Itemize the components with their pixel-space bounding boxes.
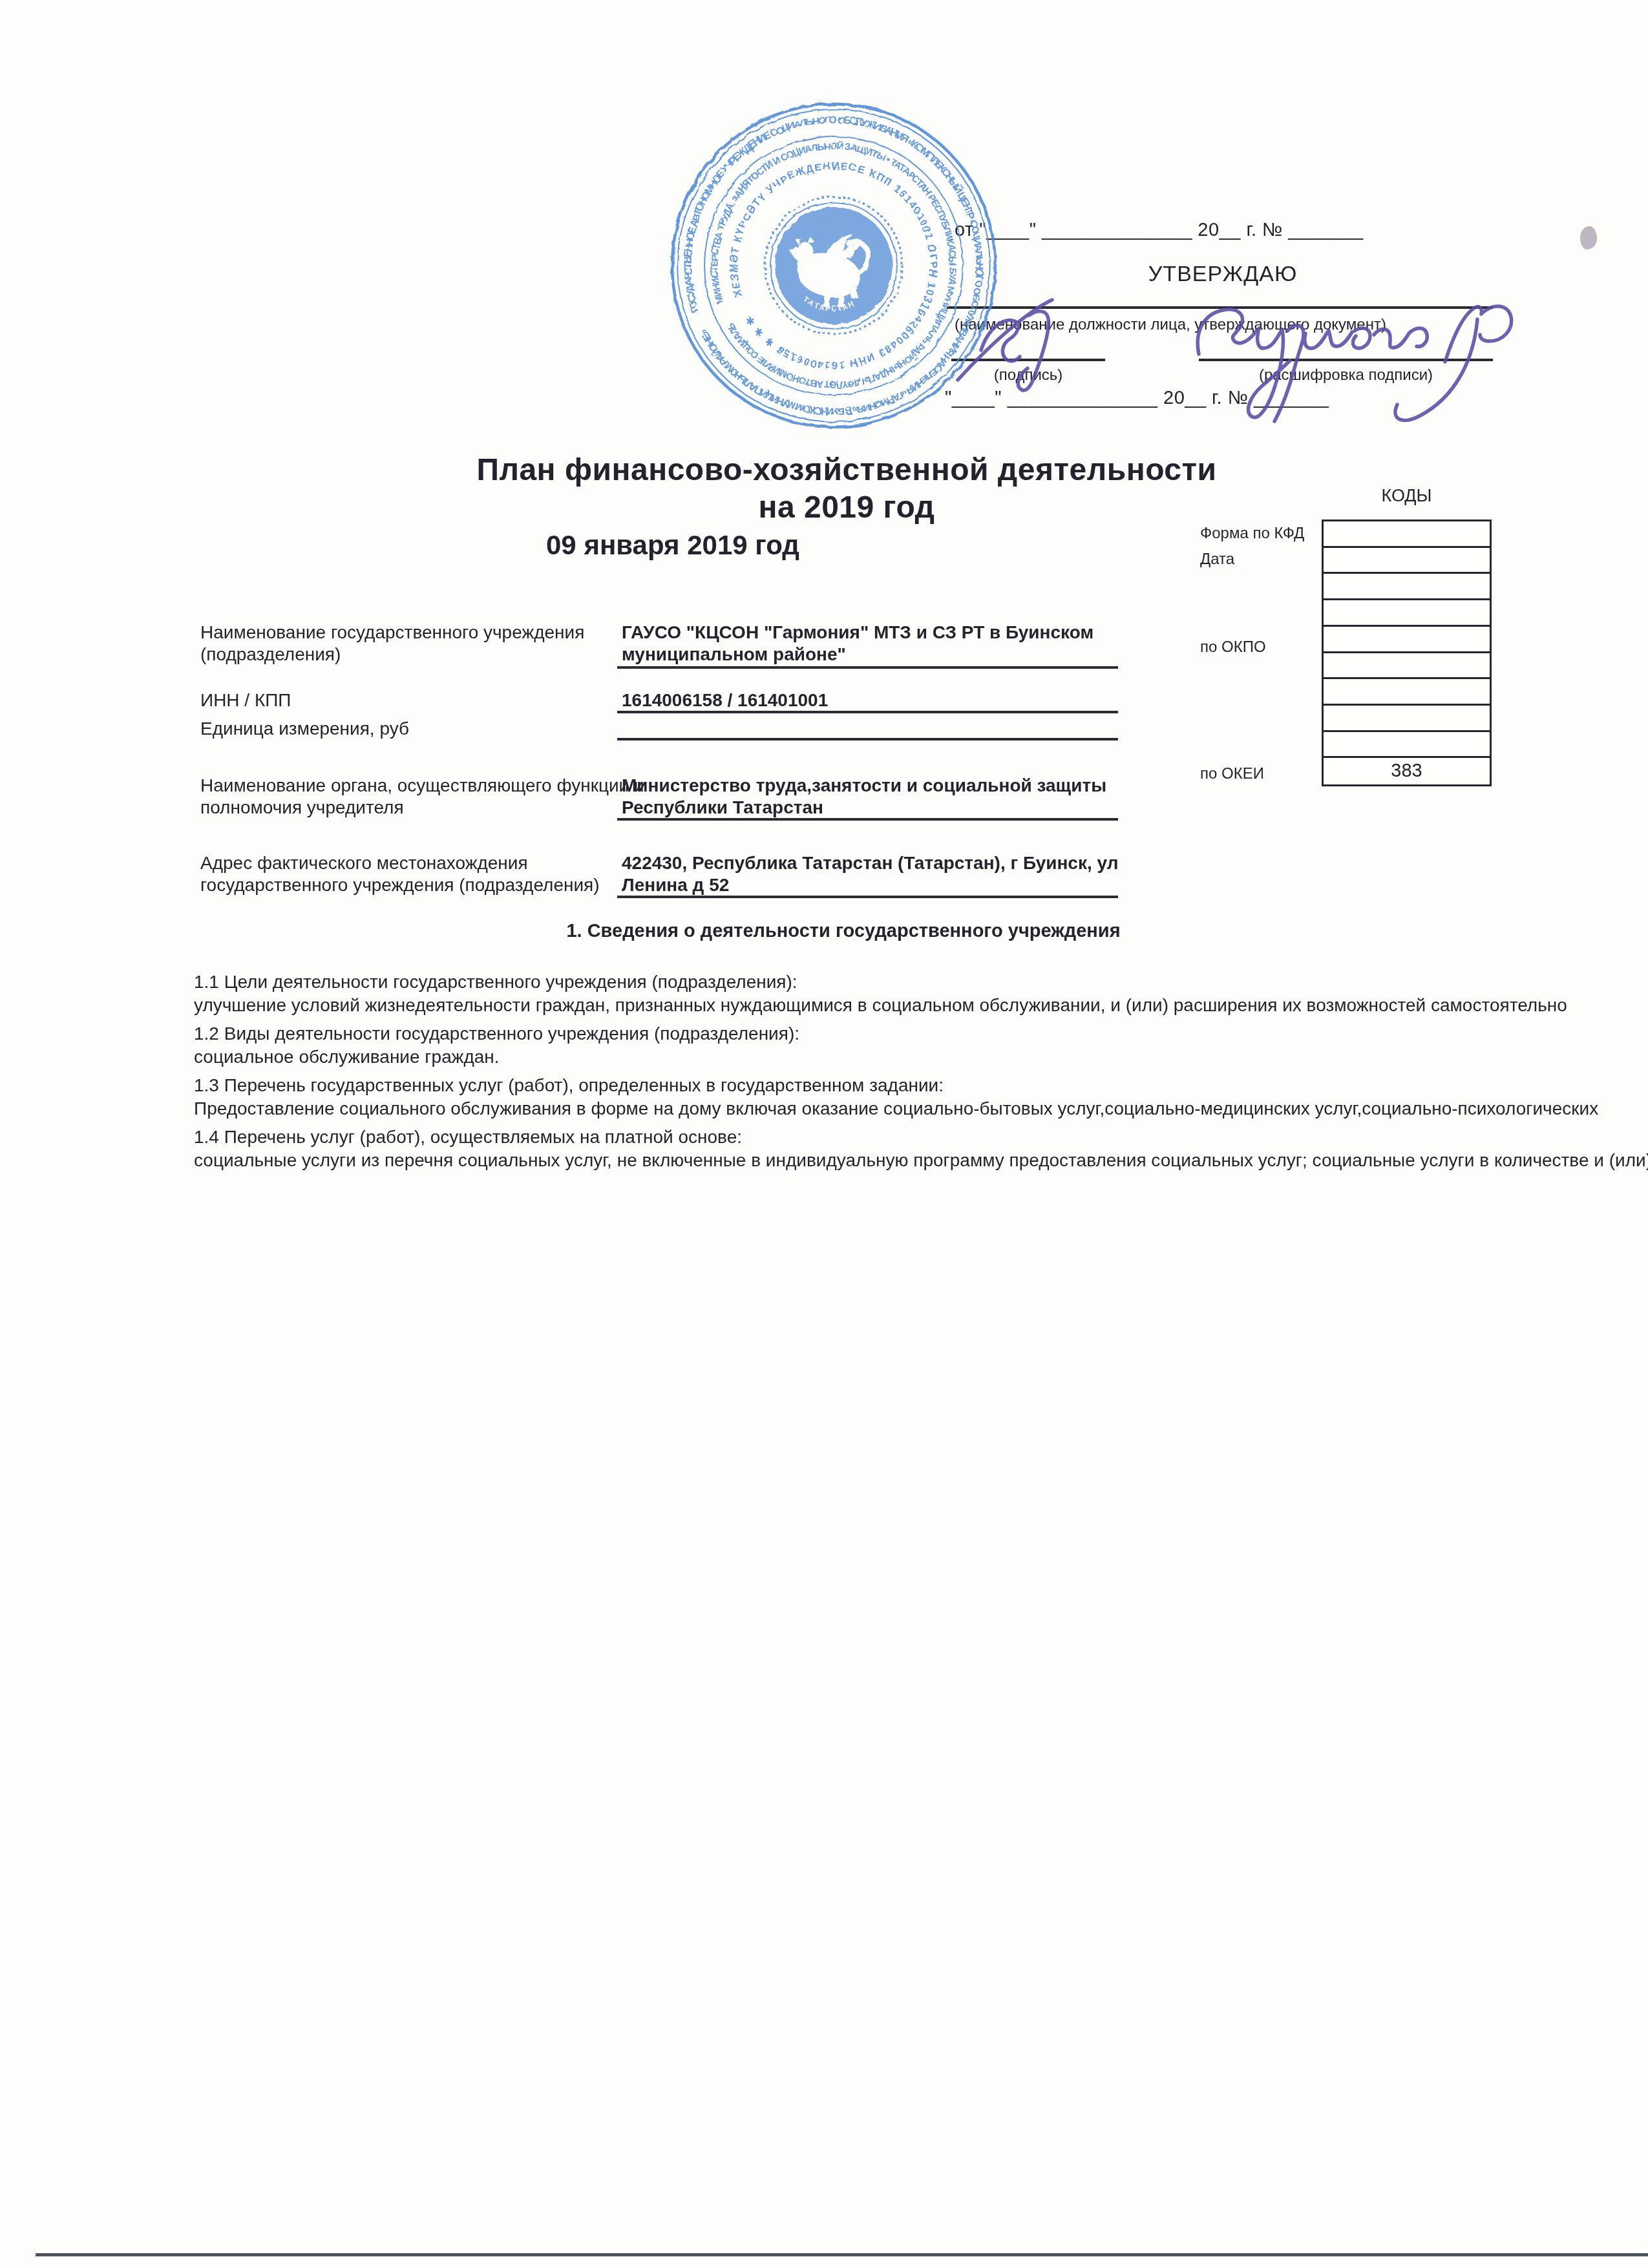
field-founder-underline (617, 818, 1118, 821)
codes-row-empty-5 (1324, 706, 1490, 732)
section1-header: 1. Сведения о деятельности государственн… (194, 921, 1493, 942)
codes-row-empty-3 (1324, 653, 1490, 680)
section1-item3-text: Предоставление социального обслуживания … (194, 1098, 1598, 1119)
section1-item2-heading: 1.2 Виды деятельности государственного у… (194, 1024, 799, 1044)
field-address-label-1: Адрес фактического местонахождения (200, 853, 528, 874)
signature-rasshifrovka-icon (1198, 306, 1511, 421)
document-date: 09 января 2019 год (546, 530, 799, 561)
codes-row-empty-4 (1324, 679, 1490, 706)
field-org-name-label-1: Наименование государственного учреждения (200, 622, 584, 643)
label-data: Дата (1200, 551, 1234, 569)
codes-row-empty-6 (1324, 732, 1490, 759)
field-address-value-2: Ленина д 52 (622, 875, 729, 896)
field-org-name-underline (617, 666, 1118, 669)
codes-row-date (1324, 548, 1490, 574)
scan-edge-line (36, 2253, 1648, 2256)
official-round-stamp-icon: ГОСУДАРСТВЕННОЕ АВТОНОМНОЕ УЧРЕЖДЕНИЕ СО… (669, 101, 998, 430)
handwritten-signatures (905, 271, 1551, 478)
document-title-line1: План финансово-хозяйственной деятельност… (200, 452, 1493, 488)
section1-item2-text: социальное обслуживание граждан. (194, 1047, 500, 1067)
field-address-label-2: государственного учреждения (подразделен… (200, 875, 600, 896)
field-founder-label-1: Наименование органа, осуществляющего фун… (200, 775, 644, 796)
codes-row-empty-1 (1324, 574, 1490, 600)
field-org-name-value-2: муниципальном районе" (622, 644, 846, 665)
field-founder-label-2: полномочия учредителя (200, 797, 404, 818)
codes-row-empty-2 (1324, 600, 1490, 627)
field-inn-kpp-underline (617, 711, 1118, 713)
field-org-name-label-2: (подразделения) (200, 644, 341, 665)
label-forma-kfd: Форма по КФД (1200, 525, 1304, 543)
okei-value: 383 (1391, 761, 1422, 782)
field-org-name-value-1: ГАУСО "КЦСОН "Гармония" МТЗ и СЗ РТ в Бу… (622, 622, 1093, 643)
scanned-document-page: от "____" ______________ 20__ г. № _____… (0, 0, 1648, 2268)
field-unit-label: Единица измерения, руб (200, 719, 409, 739)
codes-row-okpo (1324, 627, 1490, 653)
document-title-line2: на 2019 год (200, 490, 1493, 525)
codes-table: 383 (1322, 520, 1492, 786)
codes-header: КОДЫ (1322, 486, 1492, 506)
codes-row-kfd (1324, 521, 1490, 548)
field-founder-value-2: Республики Татарстан (622, 797, 823, 818)
section1-item4-heading: 1.4 Перечень услуг (работ), осуществляем… (194, 1127, 742, 1148)
tatarstan-leopard-emblem-icon: ТАТАРСТАН (775, 207, 893, 324)
field-unit-underline (617, 738, 1118, 740)
codes-row-okei: 383 (1324, 758, 1490, 784)
field-founder-value-1: Министерство труда,занятости и социально… (622, 775, 1106, 796)
field-address-value-1: 422430, Республика Татарстан (Татарстан)… (622, 853, 1118, 874)
field-inn-kpp-label: ИНН / КПП (200, 690, 291, 711)
section1-item1-heading: 1.1 Цели деятельности государственного у… (194, 972, 798, 992)
section1-item3-heading: 1.3 Перечень государственных услуг (рабо… (194, 1075, 944, 1096)
section1-item1-text: улучшение условий жизнедеятельности граж… (194, 995, 1567, 1016)
section1-item4-text: социальные услуги из перечня социальных … (194, 1150, 1648, 1171)
ink-smudge-artifact (1580, 226, 1597, 249)
ref-line-top: от "____" ______________ 20__ г. № _____… (955, 220, 1364, 241)
label-okei: по ОКЕИ (1200, 765, 1264, 783)
field-address-underline (617, 896, 1118, 898)
label-okpo: по ОКПО (1200, 638, 1266, 656)
field-inn-kpp-value: 1614006158 / 161401001 (622, 690, 828, 711)
